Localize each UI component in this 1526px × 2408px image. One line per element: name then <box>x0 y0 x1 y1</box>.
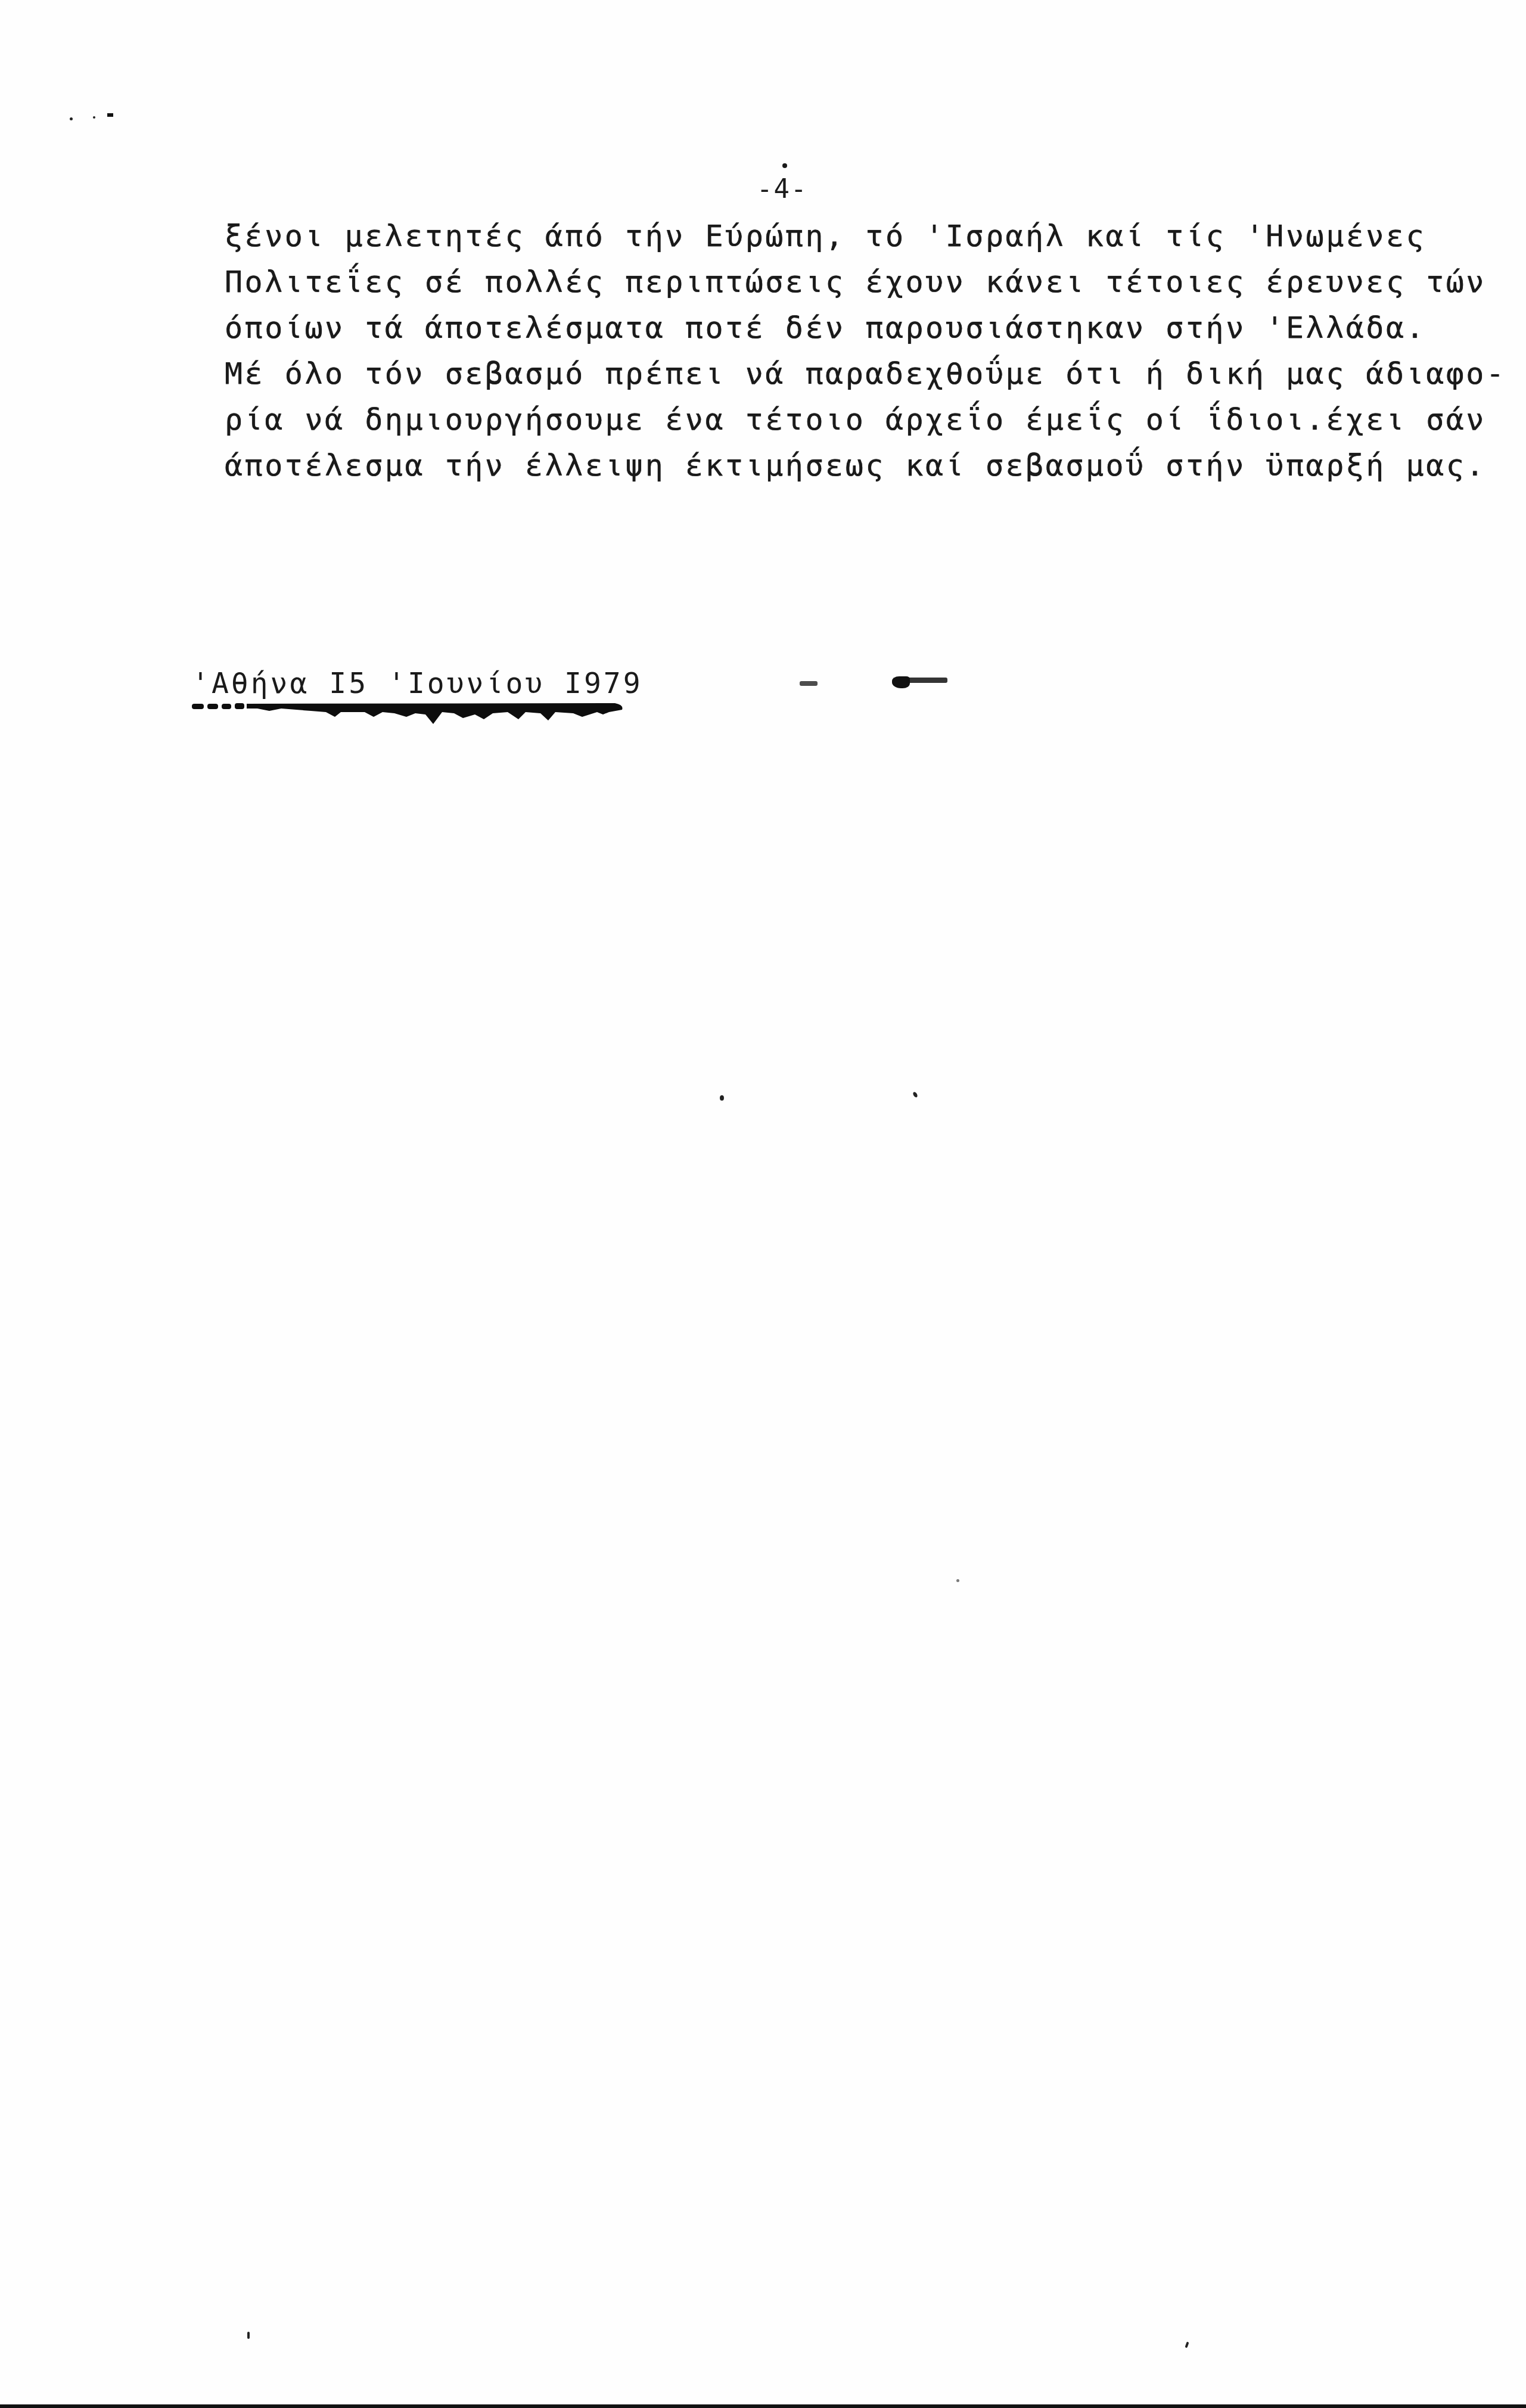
place-date: 'Αθήνα Ι5 'Ιουνίου Ι979 <box>192 666 643 701</box>
scan-speck <box>70 117 73 120</box>
body-paragraph: ξένοι μελετητές άπό τήν Εύρώπη, τό 'Ισρα… <box>225 213 1309 489</box>
scan-speck <box>720 1095 724 1101</box>
page-number-text: -4- <box>757 174 807 204</box>
scan-speck <box>1185 2342 1189 2348</box>
ink-smudge-small <box>800 681 818 686</box>
document-page: -4- ξένοι μελετητές άπό τήν Εύρώπη, τό '… <box>0 0 1526 2408</box>
scan-speck <box>247 2332 250 2339</box>
scan-bottom-edge <box>0 2404 1526 2408</box>
scan-speck <box>956 1579 959 1582</box>
page-number-dot <box>782 163 787 168</box>
text-line: άποτέλεσμα τήν έλλειψη έκτιμήσεως καί σε… <box>225 443 1309 489</box>
text-line: Μέ όλο τόν σεβασμό πρέπει νά παραδεχθοΰμ… <box>225 351 1309 397</box>
scan-speck <box>107 113 113 117</box>
text-line: όποίων τά άποτελέσματα ποτέ δέν παρουσιά… <box>225 305 1309 351</box>
ink-smudge-large <box>906 678 947 683</box>
scan-speck <box>93 116 95 119</box>
signature-block: 'Αθήνα Ι5 'Ιουνίου Ι979 <box>192 666 643 730</box>
text-line: Πολιτεΐες σέ πολλές περιπτώσεις έχουν κά… <box>225 259 1309 305</box>
page-number: -4- <box>757 174 807 204</box>
scan-speck <box>912 1091 918 1098</box>
underline-ink-smear <box>192 700 627 730</box>
ink-smear-graphic <box>192 700 627 730</box>
text-line: ξένοι μελετητές άπό τήν Εύρώπη, τό 'Ισρα… <box>225 213 1309 259</box>
text-line: ρία νά δημιουργήσουμε ένα τέτοιο άρχεΐο … <box>225 397 1309 443</box>
